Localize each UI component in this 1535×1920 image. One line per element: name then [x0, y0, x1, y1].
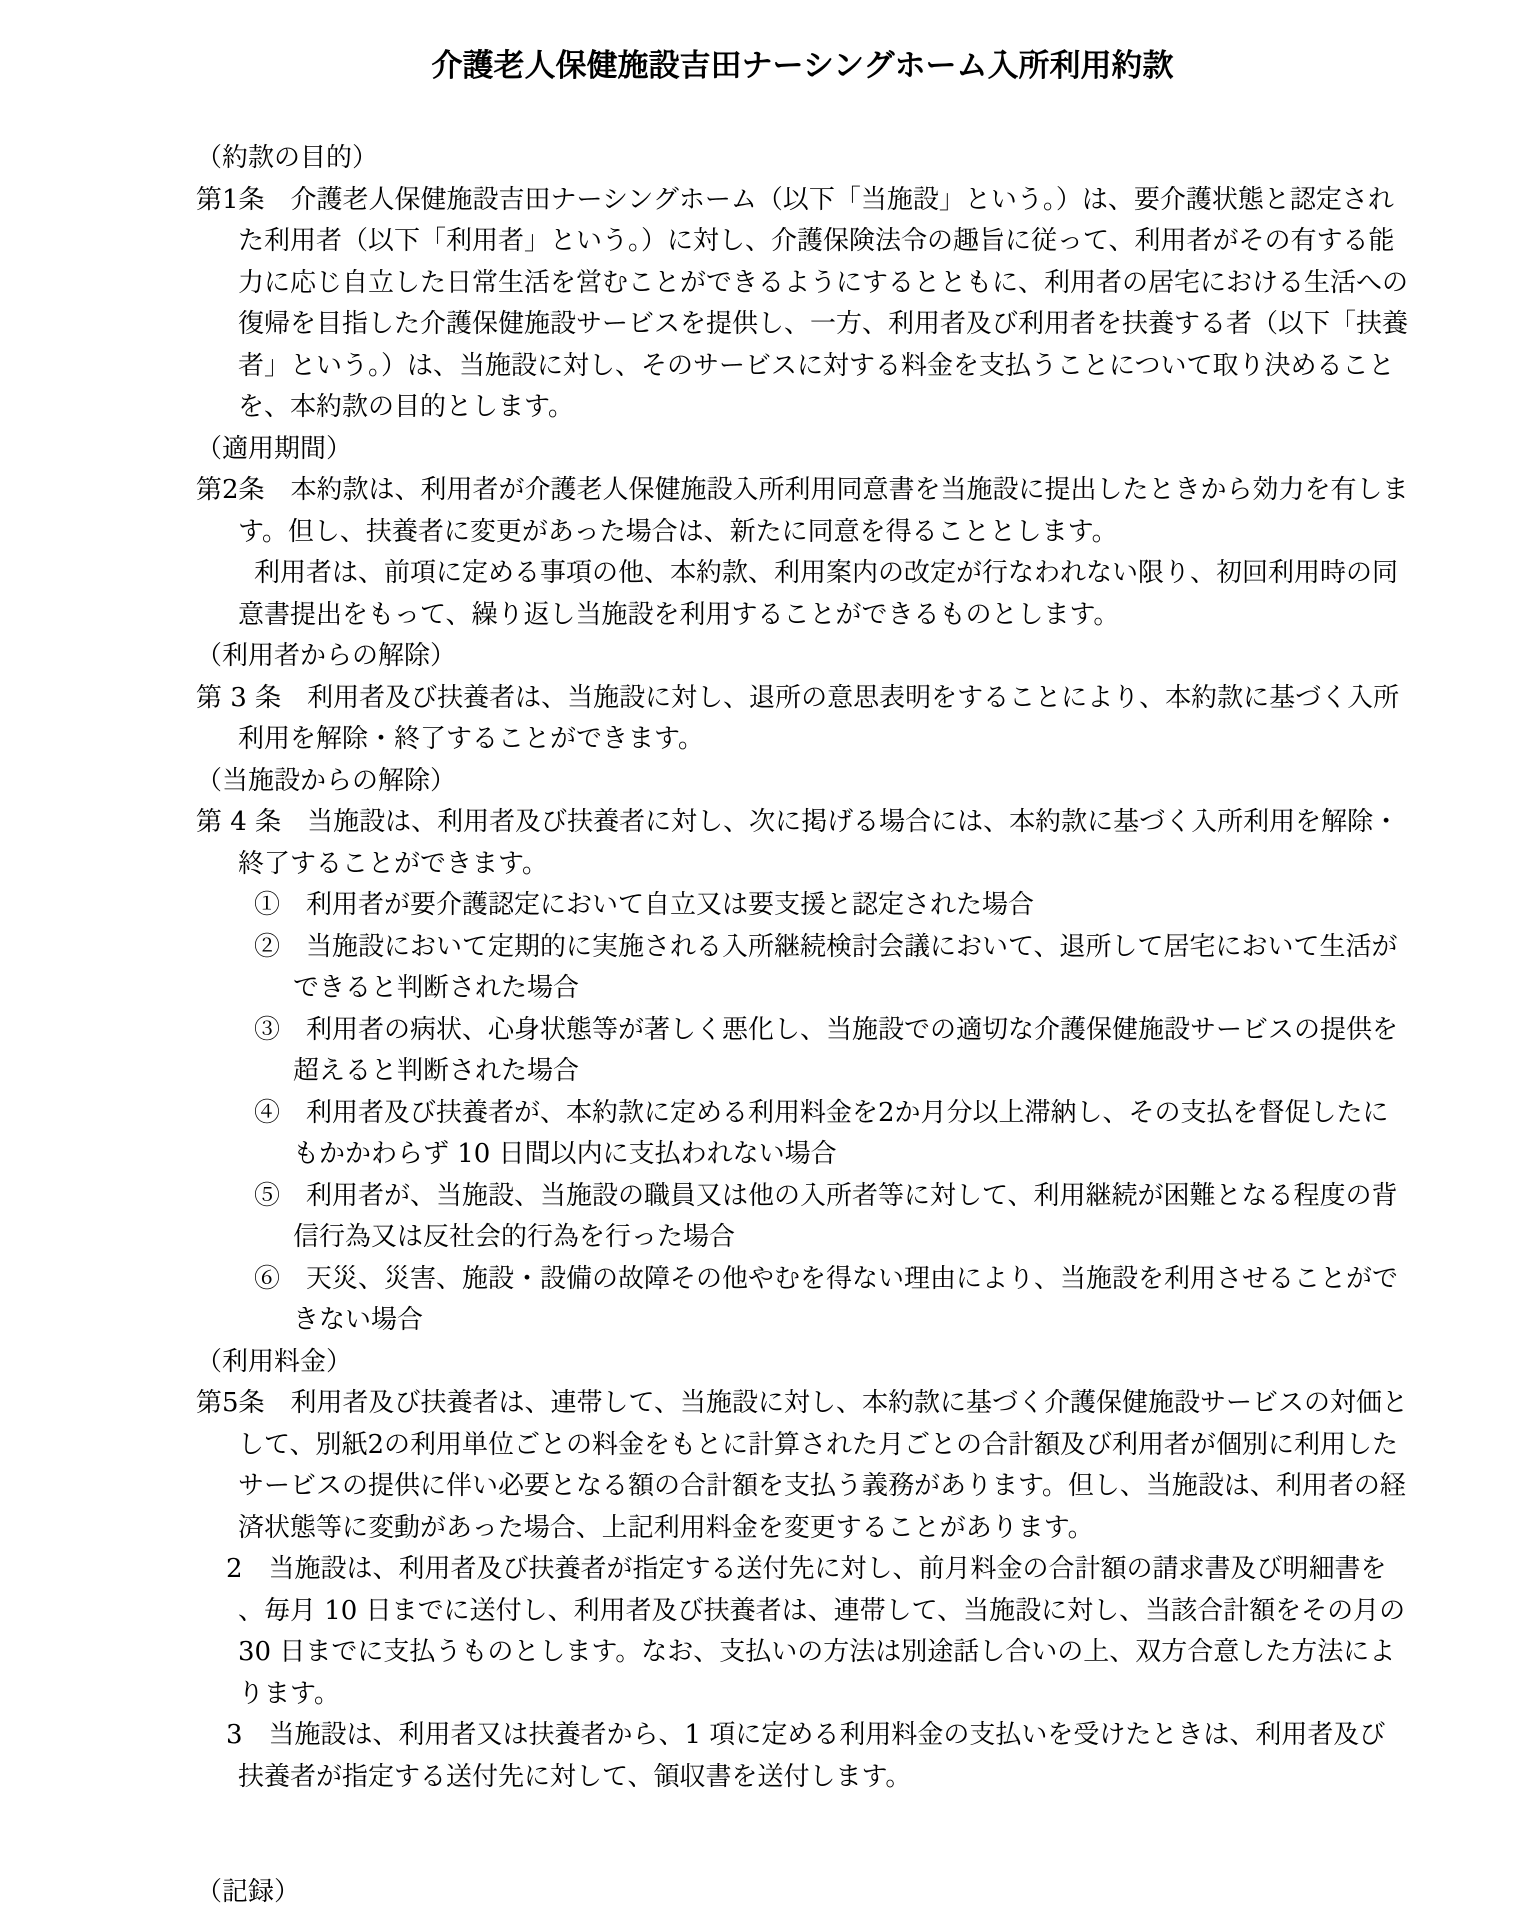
document-title: 介護老人保健施設吉田ナーシングホーム入所利用約款: [196, 46, 1409, 86]
article-5-paragraph-2: 2 当施設は、利用者及び扶養者が指定する送付先に対し、前月料金の合計額の請求書及…: [196, 1549, 1409, 1715]
article-4-item-6: ⑥ 天災、災害、施設・設備の故障その他やむを得ない理由により、当施設を利用させる…: [196, 1259, 1409, 1342]
article-4-item-3: ③ 利用者の病状、心身状態等が著しく悪化し、当施設での適切な介護保健施設サービス…: [196, 1010, 1409, 1093]
article-5-paragraph-3: 3 当施設は、利用者又は扶養者から、1 項に定める利用料金の支払いを受けたときは…: [196, 1715, 1409, 1798]
section-heading-user-cancel: （利用者からの解除）: [196, 636, 1409, 678]
article-4-item-4: ④ 利用者及び扶養者が、本約款に定める利用料金を2か月分以上滞納し、その支払を督…: [196, 1093, 1409, 1176]
article-4-item-2: ② 当施設において定期的に実施される入所継続検討会議において、退所して居宅におい…: [196, 927, 1409, 1010]
article-2-paragraph-1: 第2条 本約款は、利用者が介護老人保健施設入所利用同意書を当施設に提出したときか…: [196, 470, 1409, 553]
article-5-paragraph-1: 第5条 利用者及び扶養者は、連帯して、当施設に対し、本約款に基づく介護保健施設サ…: [196, 1383, 1409, 1549]
section-heading-facility-cancel: （当施設からの解除）: [196, 761, 1409, 803]
section-heading-fees: （利用料金）: [196, 1342, 1409, 1384]
article-1-text: 第1条 介護老人保健施設吉田ナーシングホーム（以下「当施設」という。）は、要介護…: [196, 180, 1409, 429]
article-2-paragraph-2: 利用者は、前項に定める事項の他、本約款、利用案内の改定が行なわれない限り、初回利…: [196, 553, 1409, 636]
article-3-text: 第 3 条 利用者及び扶養者は、当施設に対し、退所の意思表明をすることにより、本…: [196, 678, 1409, 761]
article-4-text: 第 4 条 当施設は、利用者及び扶養者に対し、次に掲げる場合には、本約款に基づく…: [196, 802, 1409, 885]
document-page: 介護老人保健施設吉田ナーシングホーム入所利用約款 （約款の目的） 第1条 介護老…: [0, 0, 1535, 1920]
section-heading-purpose: （約款の目的）: [196, 138, 1409, 180]
article-4-item-5: ⑤ 利用者が、当施設、当施設の職員又は他の入所者等に対して、利用継続が困難となる…: [196, 1176, 1409, 1259]
article-4-item-1: ① 利用者が要介護認定において自立又は要支援と認定された場合: [196, 885, 1409, 927]
section-heading-records: （記録）: [196, 1872, 300, 1914]
section-heading-period: （適用期間）: [196, 429, 1409, 471]
